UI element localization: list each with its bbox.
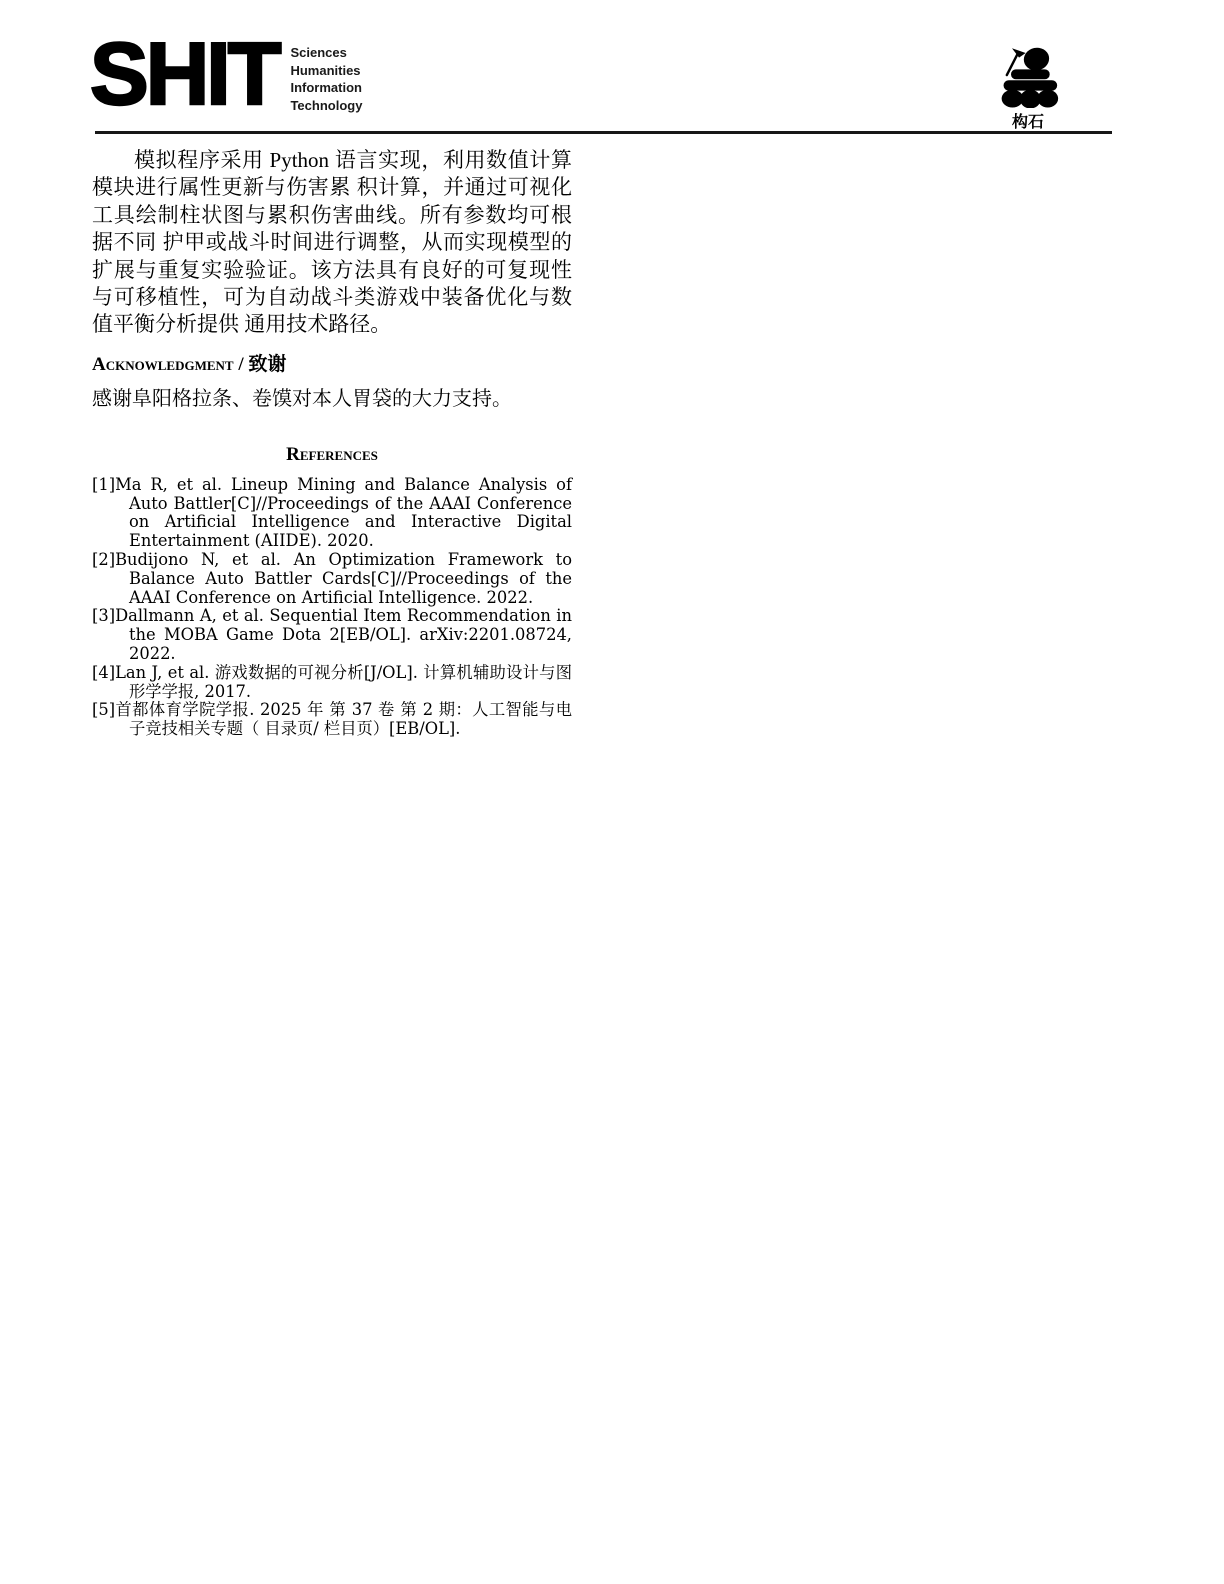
journal-word-information: Information [290,79,362,97]
journal-word-stack: Sciences Humanities Information Technolo… [290,36,362,114]
rock-cairn-icon [992,44,1064,108]
paper-page: SHIT Sciences Humanities Information Tec… [0,0,1224,1584]
reference-text: Lan J, et al. 游戏数据的可视分析[J/OL]. 计算机辅助设计与图… [115,663,572,701]
reference-text: Budijono N, et al. An Optimization Frame… [115,550,572,607]
publisher-mark: 构石 [992,44,1064,132]
reference-label: [1] [92,475,115,494]
reference-label: [4] [92,663,115,682]
reference-label: [2] [92,550,115,569]
reference-item: [4]Lan J, et al. 游戏数据的可视分析[J/OL]. 计算机辅助设… [92,664,572,702]
references-heading: References [92,443,572,467]
journal-logotype: SHIT [90,36,278,112]
acknowledgment-heading: Acknowledgment / 致谢 [92,353,572,377]
reference-item: [1]Ma R, et al. Lineup Mining and Balanc… [92,476,572,551]
journal-word-sciences: Sciences [290,44,362,62]
reference-item: [3]Dallmann A, et al. Sequential Item Re… [92,607,572,663]
references-list: [1]Ma R, et al. Lineup Mining and Balanc… [92,476,572,739]
reference-text: Dallmann A, et al. Sequential Item Recom… [115,606,572,663]
reference-item: [5]首都体育学院学报. 2025 年 第 37 卷 第 2 期：人工智能与电子… [92,701,572,739]
header-divider [95,131,1112,134]
journal-masthead: SHIT Sciences Humanities Information Tec… [90,36,362,114]
reference-item: [2]Budijono N, et al. An Optimization Fr… [92,551,572,607]
reference-label: [5] [92,700,115,719]
reference-text: Ma R, et al. Lineup Mining and Balance A… [115,475,572,550]
journal-word-humanities: Humanities [290,62,362,80]
text-column: 模拟程序采用 Python 语言实现，利用数值计算模块进行属性更新与伤害累 积计… [92,147,572,739]
reference-text: 首都体育学院学报. 2025 年 第 37 卷 第 2 期：人工智能与电子竞技相… [115,700,572,738]
acknowledgment-text: 感谢阜阳格拉条、卷馍对本人胃袋的大力支持。 [92,386,572,412]
body-paragraph: 模拟程序采用 Python 语言实现，利用数值计算模块进行属性更新与伤害累 积计… [92,147,572,339]
publisher-name: 构石 [992,109,1064,132]
journal-word-technology: Technology [290,97,362,115]
reference-label: [3] [92,606,115,625]
